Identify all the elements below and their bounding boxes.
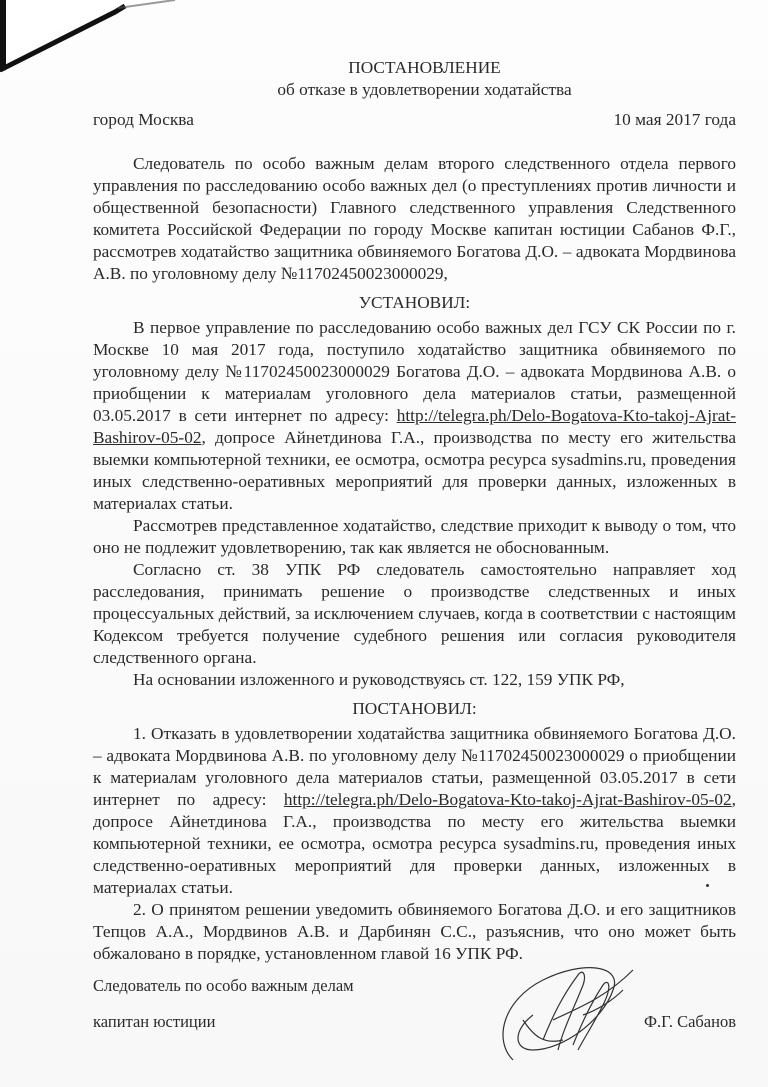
document-body: ПОСТАНОВЛЕНИЕ об отказе в удовлетворении…	[93, 57, 736, 965]
handwritten-signature-icon	[483, 960, 643, 1070]
article-link[interactable]: http://telegra.ph/Delo-Bogatova-Kto-tako…	[284, 790, 732, 809]
document-header: ПОСТАНОВЛЕНИЕ об отказе в удовлетворении…	[113, 57, 736, 101]
signer-name: Ф.Г. Сабанов	[644, 1011, 736, 1033]
city: город Москва	[93, 109, 194, 131]
resolved-heading: ПОСТАНОВИЛ:	[93, 698, 736, 720]
document-title: ПОСТАНОВЛЕНИЕ	[113, 57, 736, 79]
established-paragraph-1: В первое управление по расследованию осо…	[93, 317, 736, 515]
place-date-row: город Москва 10 мая 2017 года	[93, 109, 736, 131]
established-heading: УСТАНОВИЛ:	[93, 292, 736, 314]
signer-rank: капитан юстиции	[93, 1011, 215, 1033]
document-subtitle: об отказе в удовлетворении ходатайства	[113, 79, 736, 101]
resolved-item-2: 2. О принятом решении уведомить обвиняем…	[93, 899, 736, 965]
signer-position: Следователь по особо важным делам	[93, 975, 354, 997]
intro-paragraph: Следователь по особо важным делам второг…	[93, 153, 736, 285]
established-paragraph-2: Рассмотрев представленное ходатайство, с…	[93, 515, 736, 559]
established-paragraph-4: На основании изложенного и руководствуяс…	[93, 669, 736, 691]
resolved-item-1: 1. Отказать в удовлетворении ходатайства…	[93, 723, 736, 899]
established-paragraph-3: Согласно ст. 38 УПК РФ следователь самос…	[93, 559, 736, 669]
scanned-page: ПОСТАНОВЛЕНИЕ об отказе в удовлетворении…	[0, 0, 768, 1087]
ink-speck	[706, 884, 709, 887]
document-date: 10 мая 2017 года	[613, 109, 736, 131]
